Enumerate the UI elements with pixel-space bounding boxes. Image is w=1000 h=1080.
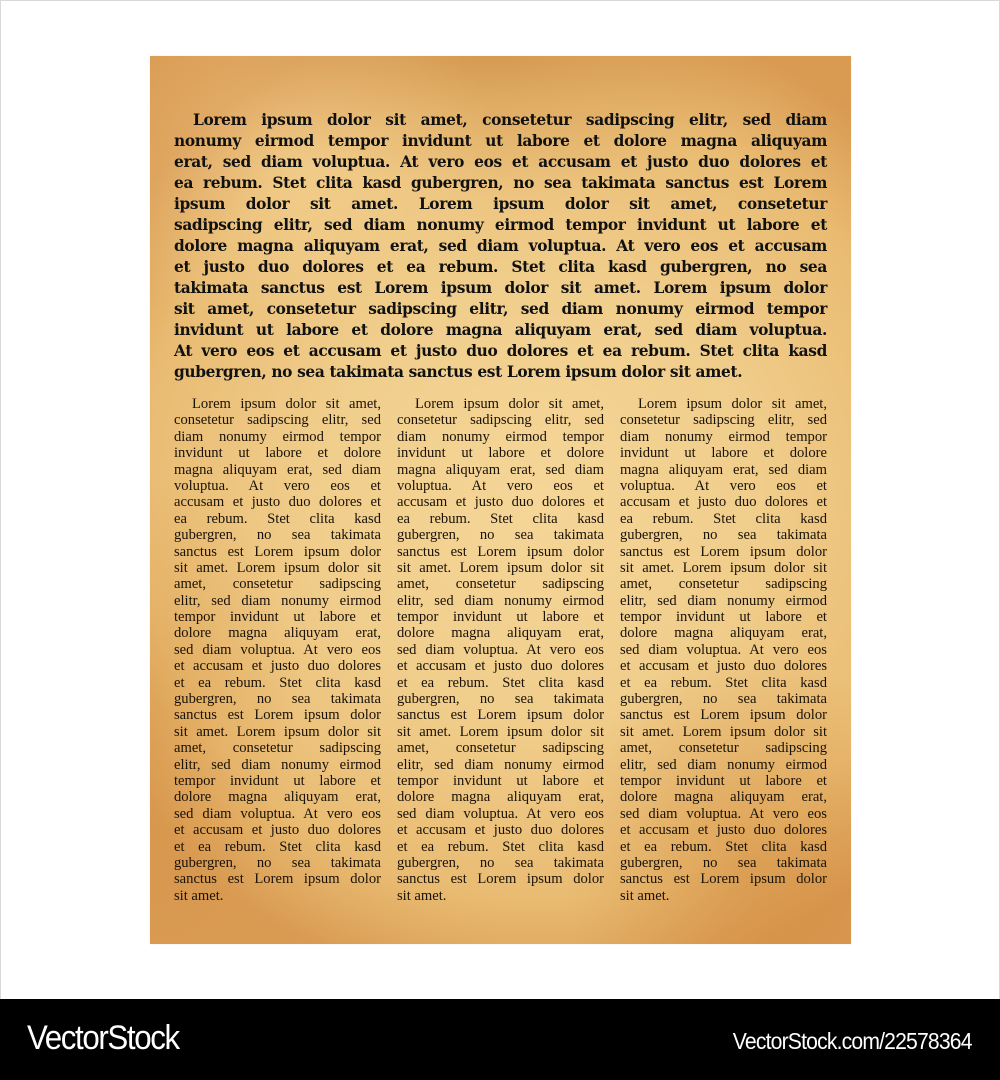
text-line: accusam et justo duo dolores et	[620, 494, 827, 510]
text-line: sanctus est Lorem ipsum dolor	[620, 544, 827, 560]
text-line: gubergren, no sea takimata	[397, 855, 604, 871]
text-line: invidunt ut labore et dolore	[620, 445, 827, 461]
text-line: sit amet. Lorem ipsum dolor sit	[174, 724, 381, 740]
text-line: et accusam et justo duo dolores	[174, 822, 381, 838]
text-line: dolore magna aliquyam erat,	[174, 625, 381, 641]
text-line: sanctus est Lorem ipsum dolor	[174, 707, 381, 723]
vectorstock-logo: VectorStock	[27, 1019, 179, 1058]
text-line: gubergren, no sea takimata	[620, 691, 827, 707]
lead-paragraph: Lorem ipsum dolor sit amet, consetetur s…	[174, 110, 827, 383]
text-line: sed diam voluptua. At vero eos	[620, 642, 827, 658]
text-column-2: Lorem ipsum dolor sit amet,consetetur sa…	[397, 396, 604, 904]
text-line: amet, consetetur sadipscing	[174, 576, 381, 592]
text-line: sit amet. Lorem ipsum dolor sit	[620, 560, 827, 576]
text-line: et ea rebum. Stet clita kasd	[174, 839, 381, 855]
text-line: tempor invidunt ut labore et	[620, 609, 827, 625]
text-line: diam nonumy eirmod tempor	[397, 429, 604, 445]
text-line: Lorem ipsum dolor sit amet,	[620, 396, 827, 412]
text-line: et accusam et justo duo dolores	[620, 822, 827, 838]
text-line: et ea rebum. Stet clita kasd	[397, 839, 604, 855]
text-line: elitr, sed diam nonumy eirmod	[174, 757, 381, 773]
text-line: et ea rebum. Stet clita kasd	[174, 675, 381, 691]
text-line: amet, consetetur sadipscing	[620, 576, 827, 592]
text-line: gubergren, no sea takimata	[620, 527, 827, 543]
text-line: sanctus est Lorem ipsum dolor	[174, 871, 381, 887]
text-line: ea rebum. Stet clita kasd	[620, 511, 827, 527]
text-line: dolore magna aliquyam erat, sed diam vol…	[174, 236, 827, 257]
text-line: dolore magna aliquyam erat,	[397, 625, 604, 641]
text-line: At vero eos et accusam et justo duo dolo…	[174, 341, 827, 362]
text-line: erat, sed diam voluptua. At vero eos et …	[174, 152, 827, 173]
text-line: ipsum dolor sit amet. Lorem ipsum dolor …	[174, 194, 827, 215]
text-line: amet, consetetur sadipscing	[174, 740, 381, 756]
text-line: sanctus est Lorem ipsum dolor	[397, 544, 604, 560]
text-line: nonumy eirmod tempor invidunt ut labore …	[174, 131, 827, 152]
text-line: diam nonumy eirmod tempor	[174, 429, 381, 445]
text-line: voluptua. At vero eos et	[174, 478, 381, 494]
text-line: et ea rebum. Stet clita kasd	[620, 675, 827, 691]
text-line: sed diam voluptua. At vero eos	[174, 642, 381, 658]
text-line: sit amet.	[397, 888, 604, 904]
text-line: tempor invidunt ut labore et	[397, 773, 604, 789]
text-line: sed diam voluptua. At vero eos	[397, 642, 604, 658]
text-line: sit amet. Lorem ipsum dolor sit	[397, 560, 604, 576]
text-line: sanctus est Lorem ipsum dolor	[397, 707, 604, 723]
text-line: sit amet. Lorem ipsum dolor sit	[620, 724, 827, 740]
text-line: et accusam et justo duo dolores	[397, 658, 604, 674]
text-line: consetetur sadipscing elitr, sed	[620, 412, 827, 428]
text-line: invidunt ut labore et dolore	[174, 445, 381, 461]
text-line: magna aliquyam erat, sed diam	[397, 462, 604, 478]
text-line: elitr, sed diam nonumy eirmod	[620, 757, 827, 773]
text-line: sit amet. Lorem ipsum dolor sit	[397, 724, 604, 740]
image-id-url: VectorStock.com/22578364	[733, 1028, 972, 1055]
text-line: tempor invidunt ut labore et	[620, 773, 827, 789]
text-line: et accusam et justo duo dolores	[397, 822, 604, 838]
text-line: dolore magna aliquyam erat,	[620, 789, 827, 805]
text-line: amet, consetetur sadipscing	[397, 576, 604, 592]
text-line: gubergren, no sea takimata	[397, 527, 604, 543]
text-line: et ea rebum. Stet clita kasd	[397, 675, 604, 691]
text-line: Lorem ipsum dolor sit amet,	[397, 396, 604, 412]
text-line: gubergren, no sea takimata	[397, 691, 604, 707]
text-line: consetetur sadipscing elitr, sed	[397, 412, 604, 428]
text-line: accusam et justo duo dolores et	[397, 494, 604, 510]
text-line: invidunt ut labore et dolore magna aliqu…	[174, 320, 827, 341]
text-line: sit amet, consetetur sadipscing elitr, s…	[174, 299, 827, 320]
text-line: ea rebum. Stet clita kasd gubergren, no …	[174, 173, 827, 194]
text-line: accusam et justo duo dolores et	[174, 494, 381, 510]
text-line: elitr, sed diam nonumy eirmod	[397, 757, 604, 773]
text-line: takimata sanctus est Lorem ipsum dolor s…	[174, 278, 827, 299]
text-line: amet, consetetur sadipscing	[620, 740, 827, 756]
text-line: Lorem ipsum dolor sit amet, consetetur s…	[174, 110, 827, 131]
text-line: dolore magna aliquyam erat,	[174, 789, 381, 805]
text-line: sed diam voluptua. At vero eos	[397, 806, 604, 822]
text-column-3: Lorem ipsum dolor sit amet,consetetur sa…	[620, 396, 827, 904]
text-line: elitr, sed diam nonumy eirmod	[620, 593, 827, 609]
text-line: tempor invidunt ut labore et	[397, 609, 604, 625]
text-line: sanctus est Lorem ipsum dolor	[620, 707, 827, 723]
text-line: sit amet.	[620, 888, 827, 904]
text-line: et accusam et justo duo dolores	[620, 658, 827, 674]
text-line: et ea rebum. Stet clita kasd	[620, 839, 827, 855]
text-line: elitr, sed diam nonumy eirmod	[397, 593, 604, 609]
text-line: sed diam voluptua. At vero eos	[620, 806, 827, 822]
text-line: invidunt ut labore et dolore	[397, 445, 604, 461]
text-line: gubergren, no sea takimata	[174, 691, 381, 707]
watermark-footer: VectorStock VectorStock.com/22578364	[0, 999, 1000, 1080]
text-line: sanctus est Lorem ipsum dolor	[620, 871, 827, 887]
text-line: magna aliquyam erat, sed diam	[174, 462, 381, 478]
text-line: gubergren, no sea takimata sanctus est L…	[174, 362, 827, 383]
text-line: gubergren, no sea takimata	[620, 855, 827, 871]
text-line: ea rebum. Stet clita kasd	[174, 511, 381, 527]
text-line: et justo duo dolores et ea rebum. Stet c…	[174, 257, 827, 278]
text-line: gubergren, no sea takimata	[174, 855, 381, 871]
text-line: tempor invidunt ut labore et	[174, 609, 381, 625]
text-line: diam nonumy eirmod tempor	[620, 429, 827, 445]
text-line: elitr, sed diam nonumy eirmod	[174, 593, 381, 609]
text-line: et accusam et justo duo dolores	[174, 658, 381, 674]
text-line: sed diam voluptua. At vero eos	[174, 806, 381, 822]
text-line: sit amet.	[174, 888, 381, 904]
text-column-1: Lorem ipsum dolor sit amet,consetetur sa…	[174, 396, 381, 904]
text-line: magna aliquyam erat, sed diam	[620, 462, 827, 478]
text-line: dolore magna aliquyam erat,	[397, 789, 604, 805]
text-line: ea rebum. Stet clita kasd	[397, 511, 604, 527]
text-line: tempor invidunt ut labore et	[174, 773, 381, 789]
text-line: Lorem ipsum dolor sit amet,	[174, 396, 381, 412]
text-line: sanctus est Lorem ipsum dolor	[174, 544, 381, 560]
text-line: voluptua. At vero eos et	[397, 478, 604, 494]
text-line: sadipscing elitr, sed diam nonumy eirmod…	[174, 215, 827, 236]
text-line: sanctus est Lorem ipsum dolor	[397, 871, 604, 887]
text-line: sit amet. Lorem ipsum dolor sit	[174, 560, 381, 576]
text-line: amet, consetetur sadipscing	[397, 740, 604, 756]
text-line: dolore magna aliquyam erat,	[620, 625, 827, 641]
text-line: voluptua. At vero eos et	[620, 478, 827, 494]
text-line: consetetur sadipscing elitr, sed	[174, 412, 381, 428]
text-line: gubergren, no sea takimata	[174, 527, 381, 543]
